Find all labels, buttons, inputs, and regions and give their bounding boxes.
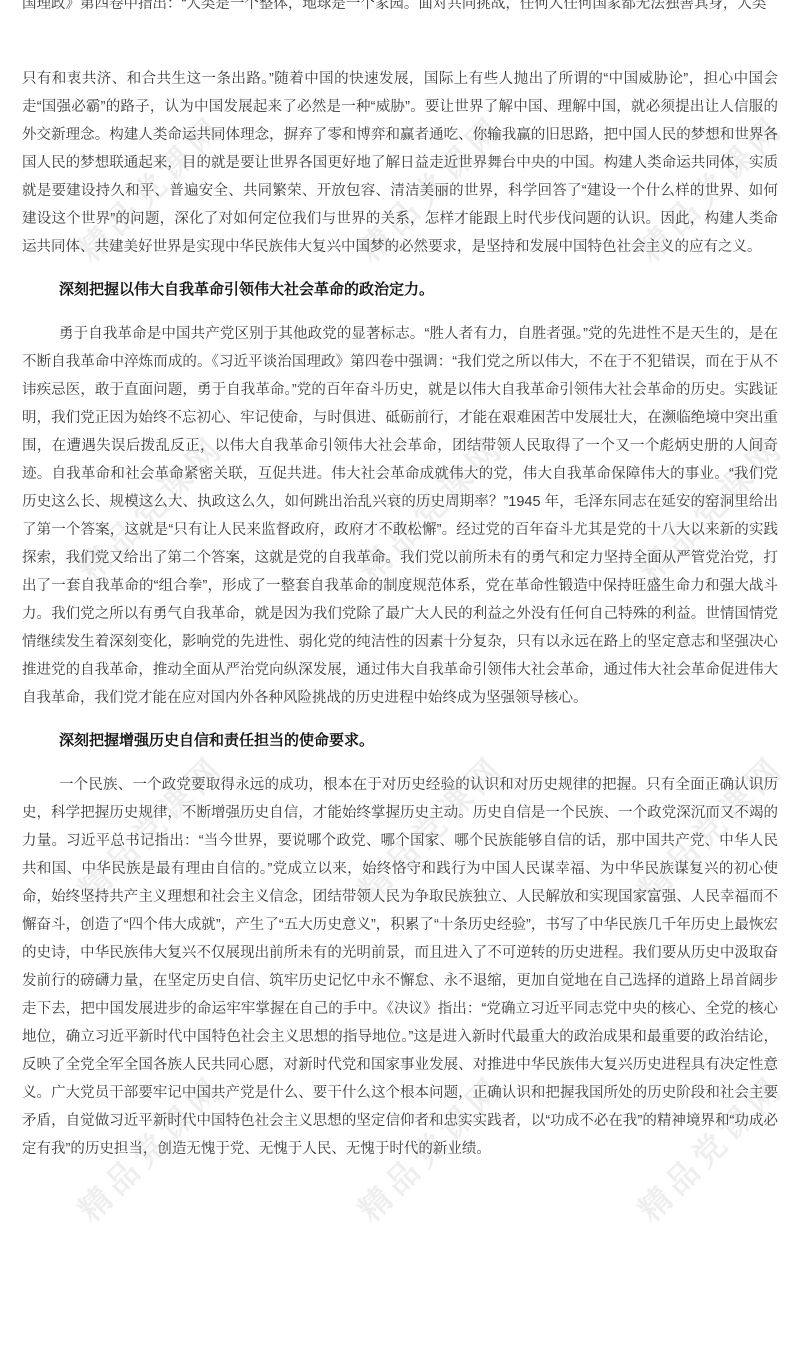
heading-great-self-revolution: 深刻把握以伟大自我革命引领伟大社会革命的政治定力。 [22,276,778,304]
heading-historical-confidence: 深刻把握增强历史自信和责任担当的使命要求。 [22,727,778,755]
paragraph-great-self-revolution: 勇于自我革命是中国共产党区别于其他政党的显著标志。“胜人者有力，自胜者强。”党的… [22,320,778,712]
paragraph-historical-confidence: 一个民族、一个政党要取得永远的成功，根本在于对历史经验的认识和对历史规律的把握。… [22,771,778,1163]
document-page: 精品党课网 精品党课网 精品党课网 精品党课网 精品党课网 精品党课网 精品党课… [0,0,800,1360]
paragraph-community-of-shared-future: 只有和衷共济、和合共生这一条出路。”随着中国的快速发展，国际上有些人抛出了所谓的… [22,65,778,261]
document-content: 国理政》第四卷中指出：“人类是一个整体，地球是一个家园。面对共同挑战，任何人任何… [0,0,800,1163]
clipped-top-line: 国理政》第四卷中指出：“人类是一个整体，地球是一个家园。面对共同挑战，任何人任何… [22,0,778,12]
